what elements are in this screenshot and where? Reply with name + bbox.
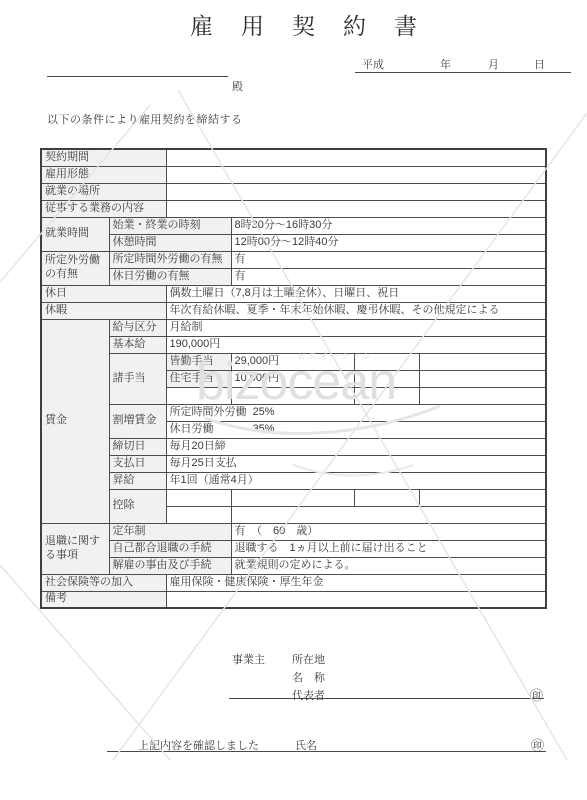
premium-holiday-name: 休日労働 [170,423,250,437]
allowance-1-extra-cell2 [419,353,546,370]
row-work-hours-start-end: 就業時間 始業・終業の時刻 8時30分～16時30分 [41,217,546,234]
contract-period-value [166,149,546,166]
dismissal-value: 就業規則の定めによる。 [231,557,546,574]
contract-period-label: 契約期間 [41,149,166,166]
date-line: 平成 年 月 日 [0,56,587,76]
pay-type-label: 給与区分 [109,319,166,336]
premium-holiday-cell: 休日労働 35% [166,421,546,438]
row-work-hours-break: 休憩時間 12時00分～12時40分 [41,234,546,251]
allowance-1-name: 皆勤手当 [166,353,231,370]
job-description-value [166,200,546,217]
overtime-label: 所定外労働の有無 [41,251,109,285]
addressee-suffix: 殿 [232,78,243,94]
work-location-value [166,183,546,200]
payday-value: 毎月25日支払 [166,455,546,472]
base-pay-label: 基本給 [109,336,166,353]
allowance-2-extra-cell [354,370,419,387]
row-overtime-scheduled: 所定外労働の有無 所定時間外労働の有無 有 [41,251,546,268]
holidays-label: 休日 [41,285,166,302]
base-pay-value: 190,000円 [166,336,546,353]
document-title: 雇用契約書 [190,8,445,41]
row-raise: 昇給 年1回（通常4月） [41,472,546,489]
row-premium-overtime: 割増賃金 所定時間外労働 25% [41,404,546,421]
scheduled-overtime-label: 所定時間外労働の有無 [109,251,231,268]
employer-signature-line [229,698,544,699]
social-insurance-label: 社会保険等の加入 [41,574,166,591]
payday-label: 支払日 [109,455,166,472]
resignation-value: 退職する 1ヵ月以上前に届け出ること [231,540,546,557]
break-time-label: 休憩時間 [109,234,231,251]
row-dismissal: 解雇の事由及び手続 就業規則の定めによる。 [41,557,546,574]
allowance-3-amount [231,387,354,404]
holiday-work-value: 有 [231,268,546,285]
allowance-3-extra-cell2 [419,387,546,404]
row-base-pay: 基本給 190,000円 [41,336,546,353]
premium-overtime-cell: 所定時間外労働 25% [166,404,546,421]
work-hours-label: 就業時間 [41,217,109,251]
row-job-description: 従事する業務の内容 [41,200,546,217]
row-deductions-1: 控除 [41,489,546,506]
holidays-value: 偶数土曜日（7,8月は土曜全休）、日曜日、祝日 [166,285,546,302]
work-location-label: 就業の場所 [41,183,166,200]
row-payday: 支払日 毎月25日支払 [41,455,546,472]
pay-type-value: 月給制 [166,319,546,336]
deduction-cell-6 [231,506,546,523]
retirement-label: 退職に関する事項 [41,523,109,574]
start-end-label: 始業・終業の時刻 [109,217,231,234]
date-month-label: 月 [488,56,499,72]
employment-type-label: 雇用形態 [41,166,166,183]
row-remarks: 備考 [41,591,546,608]
premium-overtime-name: 所定時間外労働 [170,406,250,420]
allowance-2-amount: 10,000円 [231,370,354,387]
leave-label: 休暇 [41,302,166,319]
employer-representative-label: 代表者 [292,687,325,703]
leave-value: 年次有給休暇、夏季・年末年始休暇、慶弔休暇、その他規定による [166,302,546,319]
employer-name-label: 名 称 [292,669,325,685]
deduction-cell-1 [166,489,231,506]
deduction-cell-3 [354,489,419,506]
start-end-value: 8時30分～16時30分 [231,217,546,234]
allowance-3-extra-cell [354,387,419,404]
deductions-label: 控除 [109,489,166,523]
deduction-cell-5 [166,506,231,523]
date-era-label: 平成 [362,56,384,72]
employer-address-label: 所在地 [292,651,325,667]
addressee-name-line [47,76,228,77]
social-insurance-value: 雇用保険・健康保険・厚生年金 [166,574,546,591]
resignation-label: 自己都合退職の手続 [109,540,231,557]
row-resignation: 自己都合退職の手続 退職する 1ヵ月以上前に届け出ること [41,540,546,557]
allowances-label: 諸手当 [109,353,166,404]
allowance-2-name: 住宅手当 [166,370,231,387]
job-description-label: 従事する業務の内容 [41,200,166,217]
allowance-2-extra-cell2 [419,370,546,387]
date-underline [355,72,571,73]
deduction-cell-2 [231,489,354,506]
wages-label: 賃金 [41,319,109,523]
premium-overtime-rate: 25% [253,406,275,418]
row-holidays: 休日 偶数土曜日（7,8月は土曜全休）、日曜日、祝日 [41,285,546,302]
remarks-label: 備考 [41,591,166,608]
document-page: 雇用契約書 平成 年 月 日 殿 以下の条件により雇用契約を締結する 契約期間 … [0,0,587,800]
intro-statement: 以下の条件により雇用契約を締結する [47,111,243,127]
row-pay-type: 賃金 給与区分 月給制 [41,319,546,336]
allowance-1-amount: 29,000円 [231,353,354,370]
contract-table: 契約期間 雇用形態 就業の場所 従事する業務の内容 就業時間 始業・終業の時刻 … [40,148,547,609]
employer-label: 事業主 [232,651,265,667]
row-work-location: 就業の場所 [41,183,546,200]
premium-holiday-rate: 35% [253,423,275,435]
closing-day-value: 毎月20日締 [166,438,546,455]
employment-type-value [166,166,546,183]
confirmation-signature-line [107,751,546,752]
date-year-label: 年 [440,56,451,72]
remarks-value [166,591,546,608]
mandatory-age-label: 定年制 [109,523,231,540]
row-employment-type: 雇用形態 [41,166,546,183]
dismissal-label: 解雇の事由及び手続 [109,557,231,574]
row-mandatory-age: 退職に関する事項 定年制 有 （ 60 歳） [41,523,546,540]
break-time-value: 12時00分～12時40分 [231,234,546,251]
row-social-insurance: 社会保険等の加入 雇用保険・健康保険・厚生年金 [41,574,546,591]
date-day-label: 日 [534,56,545,72]
holiday-work-label: 休日労働の有無 [109,268,231,285]
row-overtime-holiday: 休日労働の有無 有 [41,268,546,285]
row-leave: 休暇 年次有給休暇、夏季・年末年始休暇、慶弔休暇、その他規定による [41,302,546,319]
raise-value: 年1回（通常4月） [166,472,546,489]
allowance-3-name [166,387,231,404]
closing-day-label: 締切日 [109,438,166,455]
employer-seal-icon: ㊞ [530,685,543,704]
row-allowance-1: 諸手当 皆勤手当 29,000円 [41,353,546,370]
scheduled-overtime-value: 有 [231,251,546,268]
raise-label: 昇給 [109,472,166,489]
row-contract-period: 契約期間 [41,149,546,166]
premium-label: 割増賃金 [109,404,166,438]
deduction-cell-4 [419,489,546,506]
allowance-1-extra-cell [354,353,419,370]
mandatory-age-value: 有 （ 60 歳） [231,523,546,540]
row-closing-day: 締切日 毎月20日締 [41,438,546,455]
